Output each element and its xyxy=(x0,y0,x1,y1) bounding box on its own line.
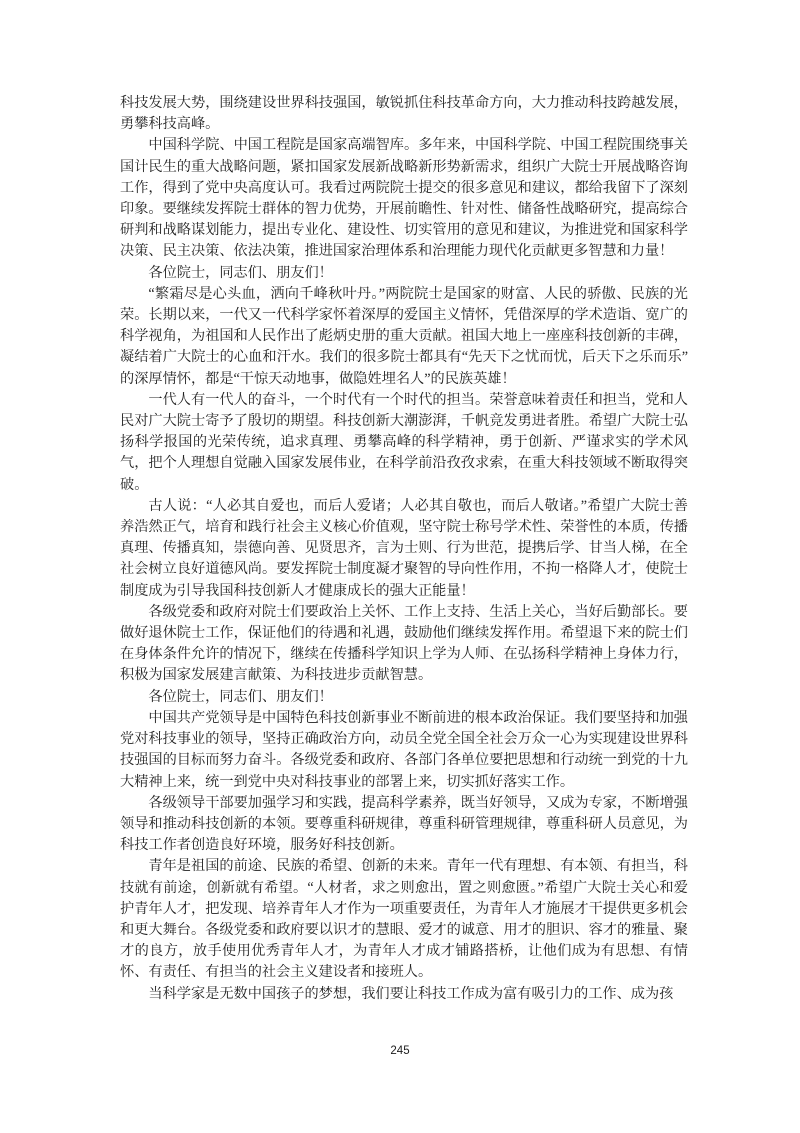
paragraph: 科技发展大势，围绕建设世界科技强国，敏锐抓住科技革命方向，大力推动科技跨越发展，… xyxy=(120,93,688,135)
paragraph: 各位院士，同志们、朋友们！ xyxy=(120,263,688,284)
paragraph: 中国共产党领导是中国特色科技创新事业不断前进的根本政治保证。我们要坚持和加强党对… xyxy=(120,708,688,793)
paragraph: 古人说：“人必其自爱也，而后人爱诸；人必其自敬也，而后人敬诸。”希望广大院士善养… xyxy=(120,496,688,602)
paragraph: 青年是祖国的前途、民族的希望、创新的未来。青年一代有理想、有本领、有担当，科技就… xyxy=(120,856,688,983)
paragraph: 中国科学院、中国工程院是国家高端智库。多年来，中国科学院、中国工程院围绕事关国计… xyxy=(120,135,688,262)
paragraph: 各级党委和政府对院士们要政治上关怀、工作上支持、生活上关心，当好后勤部长。要做好… xyxy=(120,602,688,687)
document-page: 科技发展大势，围绕建设世界科技强国，敏锐抓住科技革命方向，大力推动科技跨越发展，… xyxy=(0,0,800,1133)
paragraph: “繁霜尽是心头血，洒向千峰秋叶丹。”两院院士是国家的财富、人民的骄傲、民族的光荣… xyxy=(120,284,688,390)
document-body: 科技发展大势，围绕建设世界科技强国，敏锐抓住科技革命方向，大力推动科技跨越发展，… xyxy=(120,93,688,1005)
paragraph: 一代人有一代人的奋斗，一个时代有一个时代的担当。荣誉意味着责任和担当，党和人民对… xyxy=(120,390,688,496)
paragraph: 各位院士，同志们、朋友们！ xyxy=(120,687,688,708)
paragraph: 各级领导干部要加强学习和实践，提高科学素养，既当好领导，又成为专家，不断增强领导… xyxy=(120,793,688,857)
paragraph: 当科学家是无数中国孩子的梦想，我们要让科技工作成为富有吸引力的工作、成为孩 xyxy=(120,984,688,1005)
page-number: 245 xyxy=(0,1045,800,1057)
